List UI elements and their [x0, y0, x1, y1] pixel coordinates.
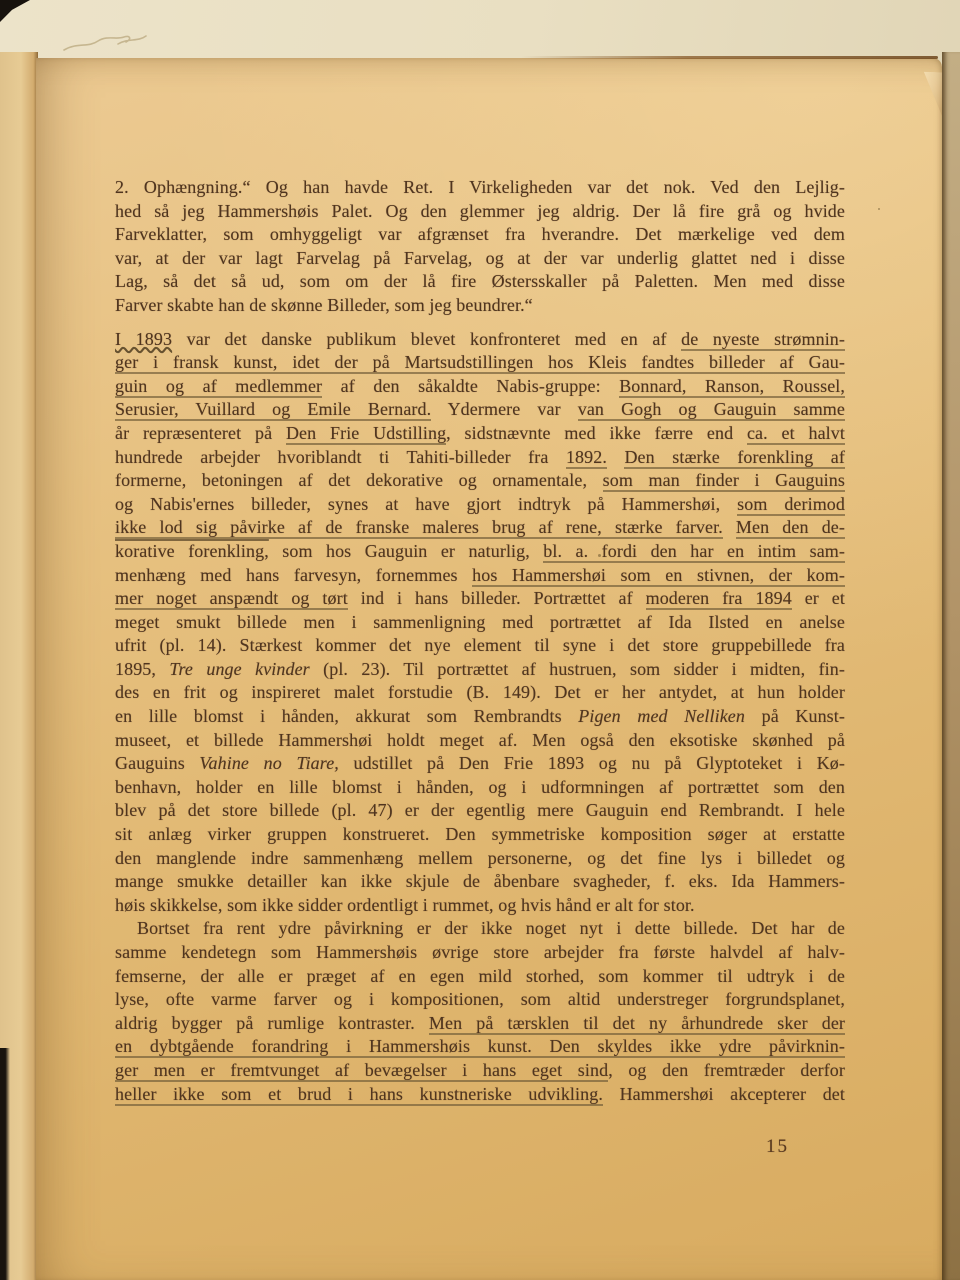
text-line: og Nabis'ernes billeder, synes at have g… [115, 493, 845, 517]
text-line: meget smukt billede men i sammenligning … [115, 611, 845, 635]
text-segment: høis skikkelse, som ikke sidder ordentli… [115, 895, 695, 915]
text-segment: Lag, så det så ud, som om der lå fire Øs… [115, 271, 845, 291]
pencil-underlined-text: I 1893 [115, 329, 172, 349]
pencil-underlined-text: Den Frie Udstilling [286, 423, 446, 443]
text-segment: var, at der var lagt Farvelag på Farvela… [115, 248, 845, 268]
page-corner-fold [922, 72, 944, 117]
text-segment: , sidstnævnte med ikke færre end [446, 423, 747, 443]
text-line: lyse, ofte varme farver og i komposition… [115, 988, 845, 1012]
pencil-underlined-text: heller ikke som et brud i hans kunstneri… [115, 1084, 603, 1104]
text-segment [723, 517, 736, 537]
text-segment: meget smukt billede men i sammenligning … [115, 612, 845, 632]
text-segment: benhavn, holder en lille blomst i hånden… [115, 777, 845, 797]
pencil-underlined-text: 1892. [566, 447, 607, 467]
text-line: ufrit (pl. 14). Stærkest kommer det nye … [115, 634, 845, 658]
text-line: 2. Ophængning.“ Og han havde Ret. I Virk… [115, 176, 845, 200]
pencil-underlined-text: Serusier, Vuillard og Emile Bernard. [115, 399, 431, 419]
text-line: Farveklatter, som omhyggeligt var afgræn… [115, 223, 845, 247]
text-line: museet, et billede Hammershøi holdt mege… [115, 729, 845, 753]
text-line: femserne, der alle er præget af en egen … [115, 965, 845, 989]
pencil-overlined-text: korative forenkling, [115, 541, 269, 561]
text-line: ikke lod sig påvirke af de franske maler… [115, 516, 845, 540]
text-segment: Farveklatter, som omhyggeligt var afgræn… [115, 224, 845, 244]
text-segment: , og den fremtræder derfor [608, 1060, 845, 1080]
text-line: en lille blomst i hånden, akkurat som Re… [115, 705, 845, 729]
text-segment: blev på det store billede (pl. 47) er de… [115, 800, 845, 820]
text-segment: hundrede arbejder hvoriblandt ti Tahiti-… [115, 447, 566, 467]
text-line: ger men er fremtvunget af bevægelser i h… [115, 1059, 845, 1083]
pencil-underlined-text: Men på tærsklen til det ny århundrede sk… [429, 1013, 845, 1033]
text-segment: den manglende indre sammenhæng mellem pe… [115, 848, 845, 868]
page-number: 15 [766, 1136, 789, 1158]
pencil-underlined-text: en dybtgående forandring i Hammershøis k… [115, 1036, 845, 1056]
pencil-underlined-text: Bonnard, Ranson, Roussel, [619, 376, 845, 396]
pencil-underlined-text: bl. a. fordi den har en intim sam- [543, 541, 845, 561]
pencil-underlined-text: van Gogh og Gauguin samme [578, 399, 845, 419]
text-line: en dybtgående forandring i Hammershøis k… [115, 1035, 845, 1059]
pencil-underlined-text: ger men er fremtvunget af bevægelser i h… [115, 1060, 608, 1080]
text-segment: en lille blomst i hånden, akkurat som Re… [115, 706, 578, 726]
text-line: Gauguins Vahine no Tiare, udstillet på D… [115, 752, 845, 776]
paper-speck [878, 208, 880, 210]
text-segment: 1895, [115, 659, 169, 679]
pencil-underlined-text: mer noget anspændt og tørt [115, 588, 348, 608]
italic-text: Pigen med Nelliken [578, 706, 745, 726]
text-segment: femserne, der alle er præget af en egen … [115, 966, 845, 986]
pencil-underlined-text: Den stærke forenkling af [624, 447, 845, 467]
text-line: Serusier, Vuillard og Emile Bernard. Yde… [115, 398, 845, 422]
italic-text: Tre unge kvinder [169, 659, 309, 679]
text-line: blev på det store billede (pl. 47) er de… [115, 799, 845, 823]
text-segment: ind i hans billeder. Portrættet af [348, 588, 646, 608]
text-segment: udstillet på Den Frie 1893 og nu på Glyp… [339, 753, 845, 773]
text-segment: var det danske publikum blevet konfronte… [172, 329, 681, 349]
text-line: heller ikke som et brud i hans kunstneri… [115, 1083, 845, 1107]
text-line: korative forenkling, som hos Gauguin er … [115, 540, 845, 564]
text-segment: af den såkaldte Nabis-gruppe: [322, 376, 619, 396]
paragraph: Bortset fra rent ydre påvirkning er der … [115, 917, 845, 1106]
text-line: aldrig bygger på rumlige kontraster. Men… [115, 1012, 845, 1036]
text-segment: hed så jeg Hammershøis Palet. Og den gle… [115, 201, 845, 221]
text-segment [607, 447, 625, 467]
pencil-underlined-text: ger i fransk kunst, idet der på Martsuds… [115, 352, 845, 372]
pencil-underlined-text: som derimod [737, 494, 845, 514]
text-segment: 2. Ophængning.“ Og han havde Ret. I Virk… [115, 177, 845, 197]
pencil-underlined-text: moderen fra 1894 [646, 588, 792, 608]
text-line: formerne, betoningen af det dekorative o… [115, 469, 845, 493]
text-line: Lag, så det så ud, som om der lå fire Øs… [115, 270, 845, 294]
text-line: ger i fransk kunst, idet der på Martsuds… [115, 351, 845, 375]
text-segment: Bortset fra rent ydre påvirkning er der … [137, 918, 845, 938]
pencil-underlined-text: Men den de- [736, 517, 845, 537]
text-line: mer noget anspændt og tørt ind i hans bi… [115, 587, 845, 611]
text-segment: sit anlæg virker gruppen konstrueret. De… [115, 824, 845, 844]
text-block: 2. Ophængning.“ Og han havde Ret. I Virk… [115, 176, 845, 1106]
pencil-underlined-text: de nyeste strømnin- [681, 329, 845, 349]
text-line: guin og af medlemmer af den såkaldte Nab… [115, 375, 845, 399]
text-segment: Hammershøi akcepterer det [603, 1084, 845, 1104]
text-segment: Gauguins [115, 753, 199, 773]
italic-text: Vahine no Tiare, [199, 753, 338, 773]
text-segment: museet, et billede Hammershøi holdt mege… [115, 730, 845, 750]
paragraph: 2. Ophængning.“ Og han havde Ret. I Virk… [115, 176, 845, 318]
text-segment: og Nabis'ernes billeder, synes at have g… [115, 494, 737, 514]
text-segment: ufrit (pl. 14). Stærkest kommer det nye … [115, 635, 845, 655]
text-line: hed så jeg Hammershøis Palet. Og den gle… [115, 200, 845, 224]
text-line: var, at der var lagt Farvelag på Farvela… [115, 247, 845, 271]
pencil-underlined-text: guin og af medlemmer [115, 376, 322, 396]
text-line: år repræsenteret på Den Frie Udstilling,… [115, 422, 845, 446]
text-segment: på Kunst- [745, 706, 845, 726]
text-segment: formerne, betoningen af det dekorative o… [115, 470, 603, 490]
text-segment: lyse, ofte varme farver og i komposition… [115, 989, 845, 1009]
pencil-underlined-text: hos Hammershøi som en stivnen, der kom- [472, 565, 845, 585]
text-segment: år repræsenteret på [115, 423, 286, 443]
text-segment: menhæng med hans farvesyn, fornemmes [115, 565, 472, 585]
text-line: I 1893 var det danske publikum blevet ko… [115, 328, 845, 352]
pencil-underlined-text: som man finder i Gauguins [603, 470, 845, 490]
text-line: Bortset fra rent ydre påvirkning er der … [115, 917, 845, 941]
text-line: den manglende indre sammenhæng mellem pe… [115, 847, 845, 871]
text-line: Farver skabte han de skønne Billeder, so… [115, 294, 845, 318]
pencil-underlined-text: ca. et halvt [747, 423, 845, 443]
text-segment: des en frit og inspireret malet forstudi… [115, 682, 845, 702]
pencil-scribble-mark [58, 28, 178, 58]
text-segment: Farver skabte han de skønne Billeder, so… [115, 295, 533, 315]
page-fore-edge-shadow [942, 52, 960, 1280]
text-segment: aldrig bygger på rumlige kontraster. [115, 1013, 429, 1033]
text-segment: mange smukke detailler kan ikke skjule d… [115, 871, 845, 891]
text-segment: (pl. 23). Til portrættet af hustruen, so… [310, 659, 845, 679]
paper-speck [598, 554, 601, 557]
text-line: menhæng med hans farvesyn, fornemmes hos… [115, 564, 845, 588]
text-segment: som hos Gauguin er naturlig, [269, 541, 544, 561]
dark-left-edge [0, 1048, 10, 1280]
text-segment: er et [792, 588, 845, 608]
pencil-underlined-text: ikke lod sig påvirke af de franske maler… [115, 517, 723, 537]
text-segment: Ydermere var [431, 399, 578, 419]
text-line: samme kendetegn som Hammershøis øvrige s… [115, 941, 845, 965]
text-line: sit anlæg virker gruppen konstrueret. De… [115, 823, 845, 847]
text-line: høis skikkelse, som ikke sidder ordentli… [115, 894, 845, 918]
text-segment: samme kendetegn som Hammershøis øvrige s… [115, 942, 845, 962]
text-line: hundrede arbejder hvoriblandt ti Tahiti-… [115, 446, 845, 470]
paragraph: I 1893 var det danske publikum blevet ko… [115, 328, 845, 918]
text-line: mange smukke detailler kan ikke skjule d… [115, 870, 845, 894]
text-line: 1895, Tre unge kvinder (pl. 23). Til por… [115, 658, 845, 682]
text-line: des en frit og inspireret malet forstudi… [115, 681, 845, 705]
book-page: 2. Ophængning.“ Og han havde Ret. I Virk… [36, 58, 942, 1280]
text-line: benhavn, holder en lille blomst i hånden… [115, 776, 845, 800]
